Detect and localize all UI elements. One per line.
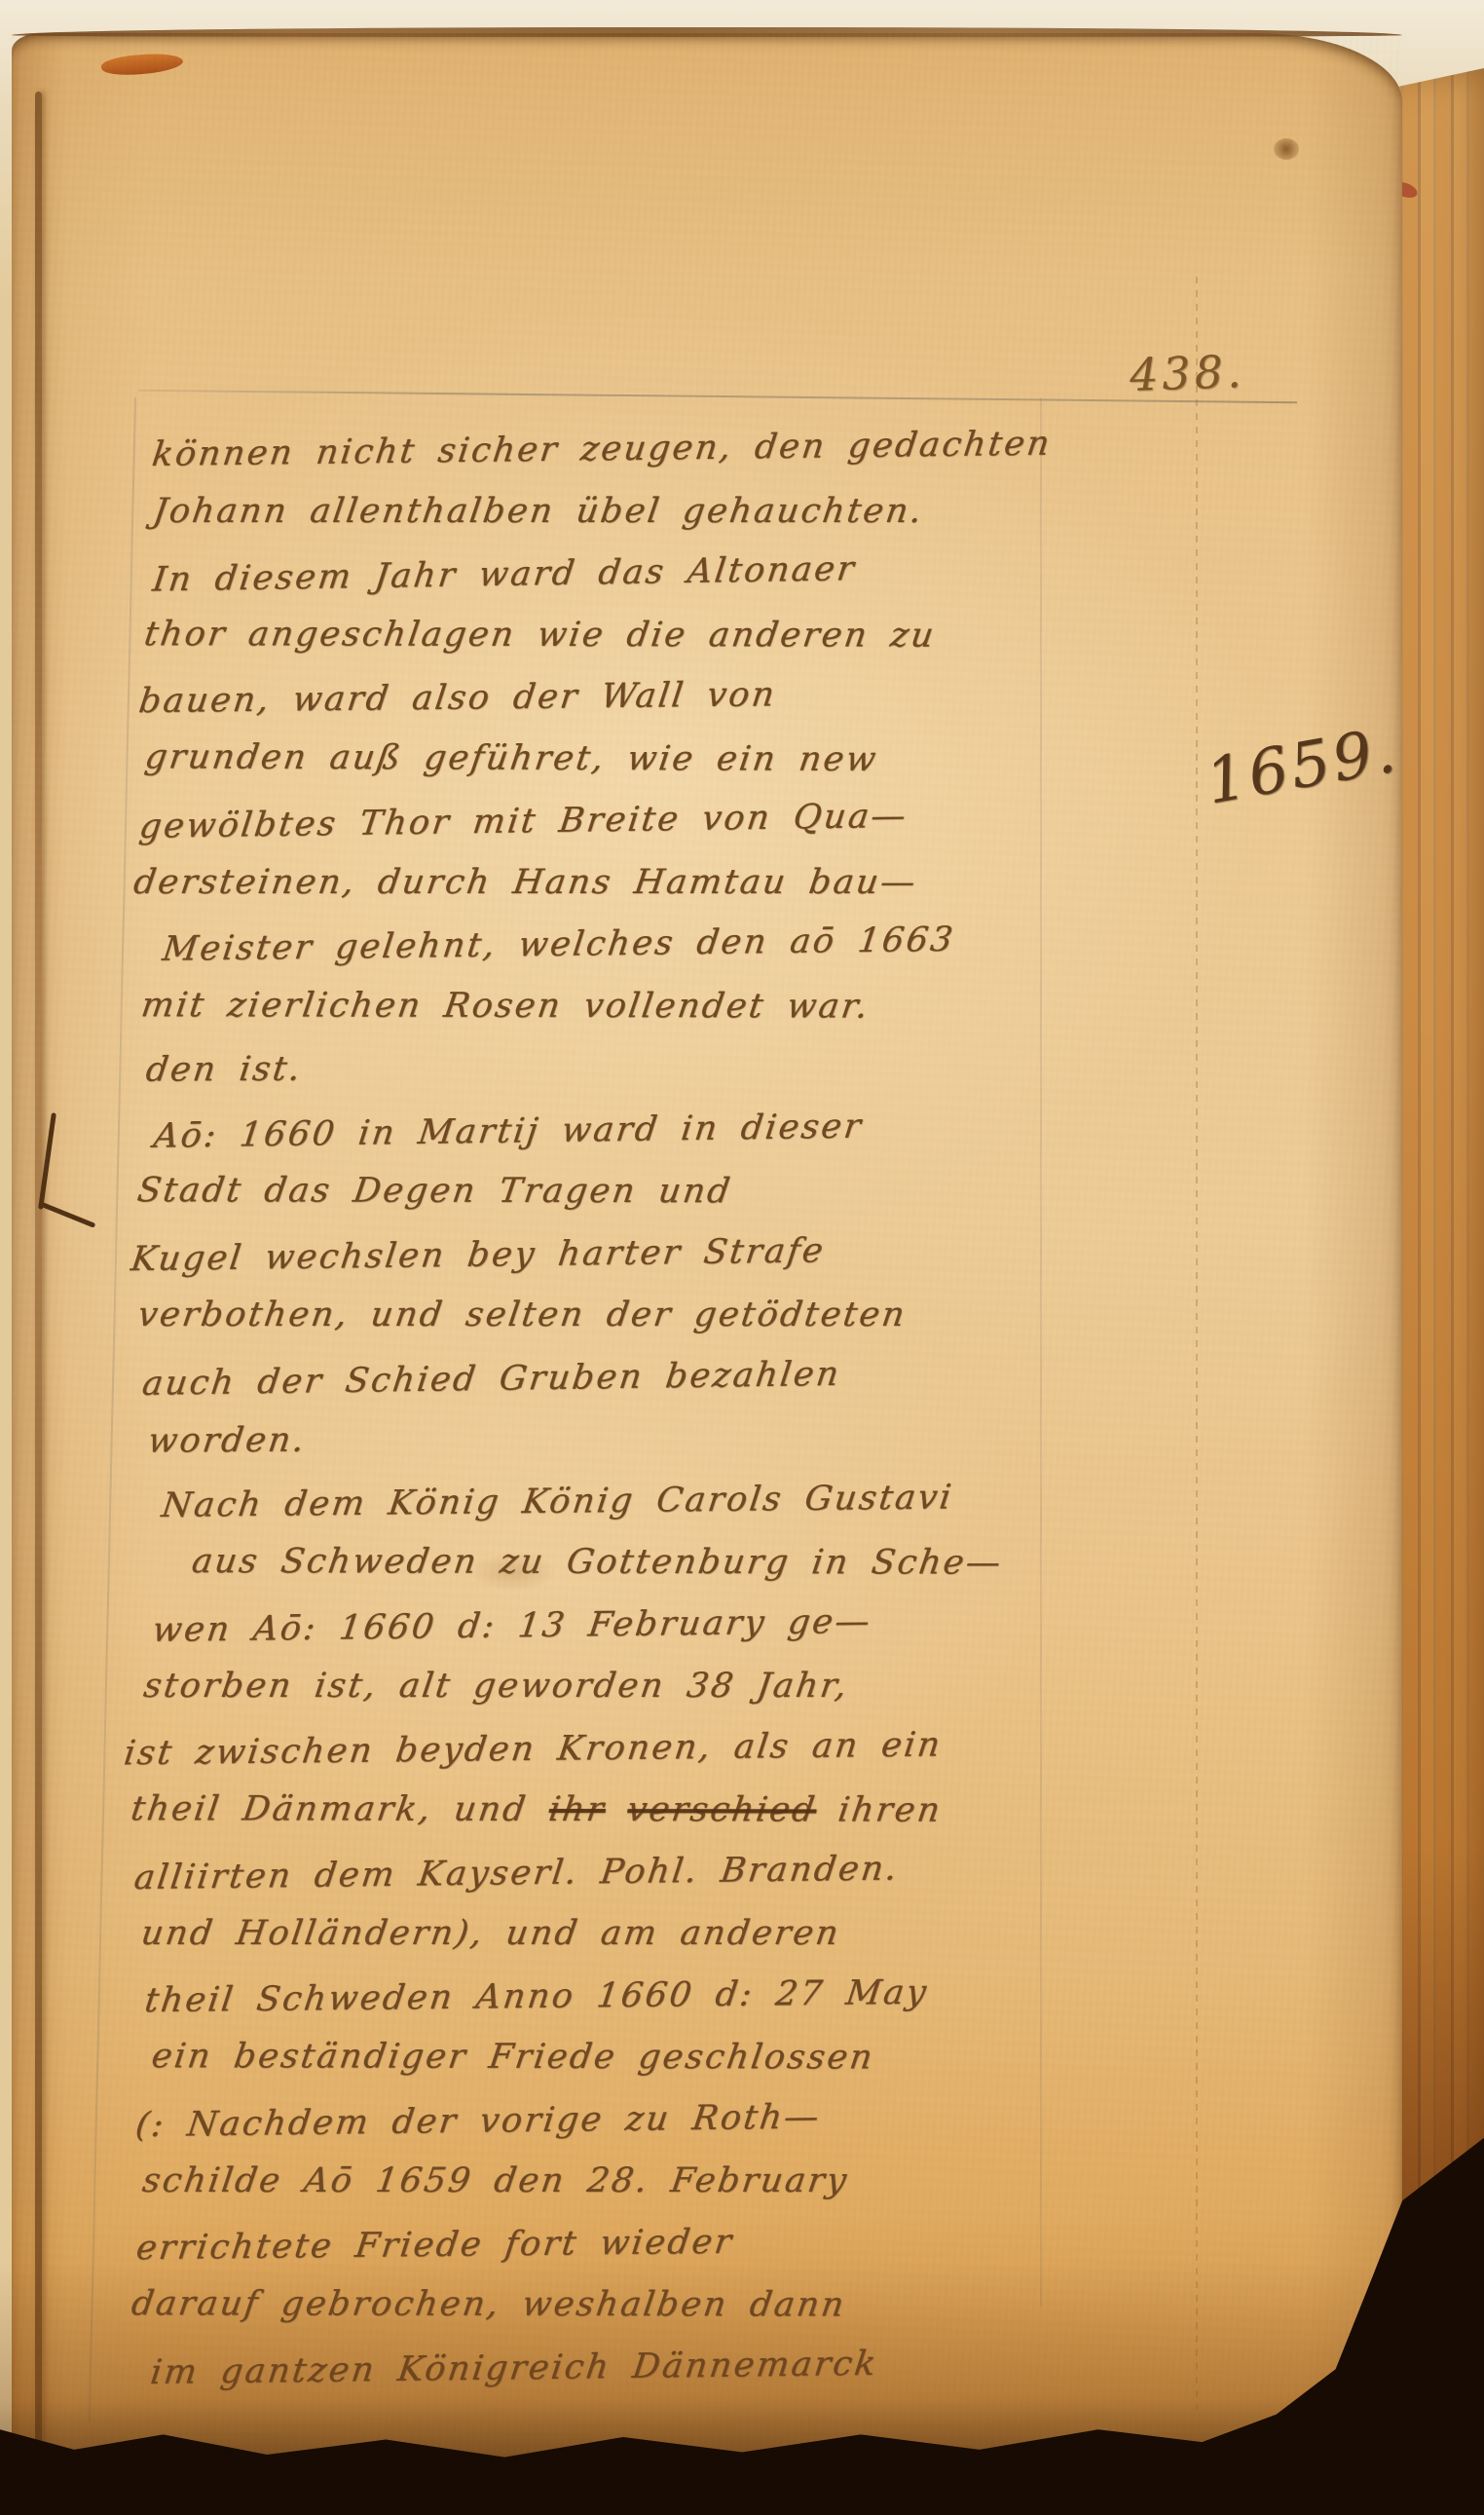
handwriting-text: im gantzen Königreich Dännemarck [148,2344,880,2391]
manuscript-line: gewölbtes Thor mit Breite von Qua— [135,783,1094,858]
handwriting-text: errichtete Friede fort wieder [134,2222,736,2267]
handwriting-text: ein beständiger Friede geschlossen [149,2037,876,2077]
manuscript-line: Nach dem König König Carols Gustavi [158,1465,1097,1537]
manuscript-line: Stadt das Degen Tragen und [133,1160,1095,1223]
ink-stain [1274,138,1299,160]
manuscript-line: theil Dänmark, und ihr verschied ihren [127,1779,1098,1842]
handwriting-text: thor angeschlagen wie die anderen zu [142,615,939,655]
handwriting-text: aus Schweden zu Gottenburg in Sche— [190,1542,1006,1582]
manuscript-line: ein beständiger Friede geschlossen [147,2026,1099,2089]
manuscript-line: errichtete Friede fort wieder [132,2207,1101,2279]
manuscript-line: den ist. [142,1034,1095,1102]
handwriting-text: wen Aō: 1660 d: 13 February ge— [150,1601,873,1649]
manuscript-line: Johann allenthalben übel gehauchten. [149,480,1092,543]
manuscript-line: worden. [144,1406,1097,1473]
handwriting-text: grunden auß geführet, wie ein new [142,737,880,779]
ruled-margin-line-left [89,397,136,2423]
handwriting-text: Johann allenthalben übel gehauchten. [151,491,926,530]
handwriting-text: Kugel wechslen bey harter Strafe [129,1231,828,1279]
manuscript-line: mit zierlichen Rosen vollendet war. [137,975,1094,1038]
manuscript-line: thor angeschlagen wie die anderen zu [140,604,1093,667]
manuscript-line: verbothen, und selten der getödteten [133,1285,1095,1347]
handwriting-text: In diesem Jahr ward das Altonaer [150,549,858,599]
handwriting-text: Nach dem König König Carols Gustavi [160,1478,956,1525]
manuscript-line: Meister gelehnt, welches den aō 1663 [159,908,1094,981]
handwriting-text: Aō: 1660 in Martij ward in dieser [152,1107,866,1155]
handwriting-text: Meister gelehnt, welches den aō 1663 [161,920,957,969]
manuscript-line: (: Nachdem der vorige zu Roth— [131,2083,1100,2158]
manuscript-line: dersteinen, durch Hans Hamtau bau— [130,852,1094,915]
manuscript-line: theil Schweden Anno 1660 d: 27 May [141,1960,1100,2032]
handwriting-text: auch der Schied Gruben bezahlen [140,1354,843,1403]
margin-year-note: 1659. [1201,714,1403,818]
handwriting-text: alliirten dem Kayserl. Pohl. Branden. [132,1849,902,1897]
manuscript-line: alliirten dem Kayserl. Pohl. Branden. [130,1836,1099,1910]
handwriting-text: mit zierlichen Rosen vollendet war. [139,986,872,1026]
manuscript-line: bauen, ward also der Wall von [135,661,1094,733]
ruled-margin-line-top [138,390,1297,403]
manuscript-line: storben ist, alt geworden 38 Jahr, [139,1656,1097,1718]
handwriting-text: theil Dänmark, und [129,1789,552,1829]
handwriting-text: den ist. [144,1050,306,1090]
text-block: können nicht sicher zeugen, den gedachte… [153,417,1098,2401]
handwriting-text: verbothen, und selten der getödteten [135,1295,909,1334]
manuscript-line: können nicht sicher zeugen, den gedachte… [148,413,1092,486]
page-fold-crease [1196,277,1198,2410]
handwriting-text: theil Schweden Anno 1660 d: 27 May [142,1972,930,2019]
manuscript-line: auch der Schied Gruben bezahlen [138,1340,1096,1415]
handwriting-text: worden. [146,1421,309,1461]
manuscript-line: darauf gebrochen, weshalben dann [128,2273,1101,2337]
binding-gutter-crease [35,92,42,2488]
handwriting-text: bauen, ward also der Wall von [136,675,778,721]
manuscript-line: aus Schweden zu Gottenburg in Sche— [188,1531,1097,1595]
manuscript-line: Kugel wechslen bey harter Strafe [128,1218,1096,1292]
binding-leather-fragment [100,51,183,77]
handwriting-text: dersteinen, durch Hans Hamtau bau— [131,863,920,902]
manuscript-page: 438. 1659. können nicht sicher zeugen, d… [12,33,1402,2515]
struck-text: verschied [625,1790,820,1829]
manuscript-line: grunden auß geführet, wie ein new [141,727,1094,792]
handwriting-text: ihren [814,1790,945,1829]
manuscript-line: Aō: 1660 in Martij ward in dieser [150,1093,1095,1168]
manuscript-line: im gantzen Königreich Dännemarck [147,2331,1102,2404]
manuscript-line: In diesem Jahr ward das Altonaer [149,535,1093,612]
handwriting-text: gewölbtes Thor mit Breite von Qua— [137,797,910,846]
manuscript-line: wen Aō: 1660 d: 13 February ge— [149,1589,1098,1662]
manuscript-line: schilde Aō 1659 den 28. February [138,2151,1100,2213]
handwriting-text: schilde Aō 1659 den 28. February [140,2161,851,2200]
handwriting-text: (: Nachdem der vorige zu Roth— [133,2097,824,2145]
manuscript-line: und Holländern), und am anderen [137,1903,1099,1966]
struck-text: ihr [546,1790,609,1829]
handwriting-text: können nicht sicher zeugen, den gedachte… [150,425,1054,474]
page-number: 438. [1129,345,1245,401]
handwriting-text: ist zwischen beyden Kronen, als an ein [122,1725,945,1773]
handwriting-text: darauf gebrochen, weshalben dann [130,2284,849,2324]
handwriting-text: storben ist, alt geworden 38 Jahr, [141,1667,851,1706]
manuscript-line: ist zwischen beyden Kronen, als an ein [120,1712,1098,1784]
handwriting-text: Stadt das Degen Tragen und [135,1171,735,1211]
handwriting-text: und Holländern), und am anderen [138,1914,842,1953]
manuscript-photo: 438. 1659. können nicht sicher zeugen, d… [0,0,1484,2515]
